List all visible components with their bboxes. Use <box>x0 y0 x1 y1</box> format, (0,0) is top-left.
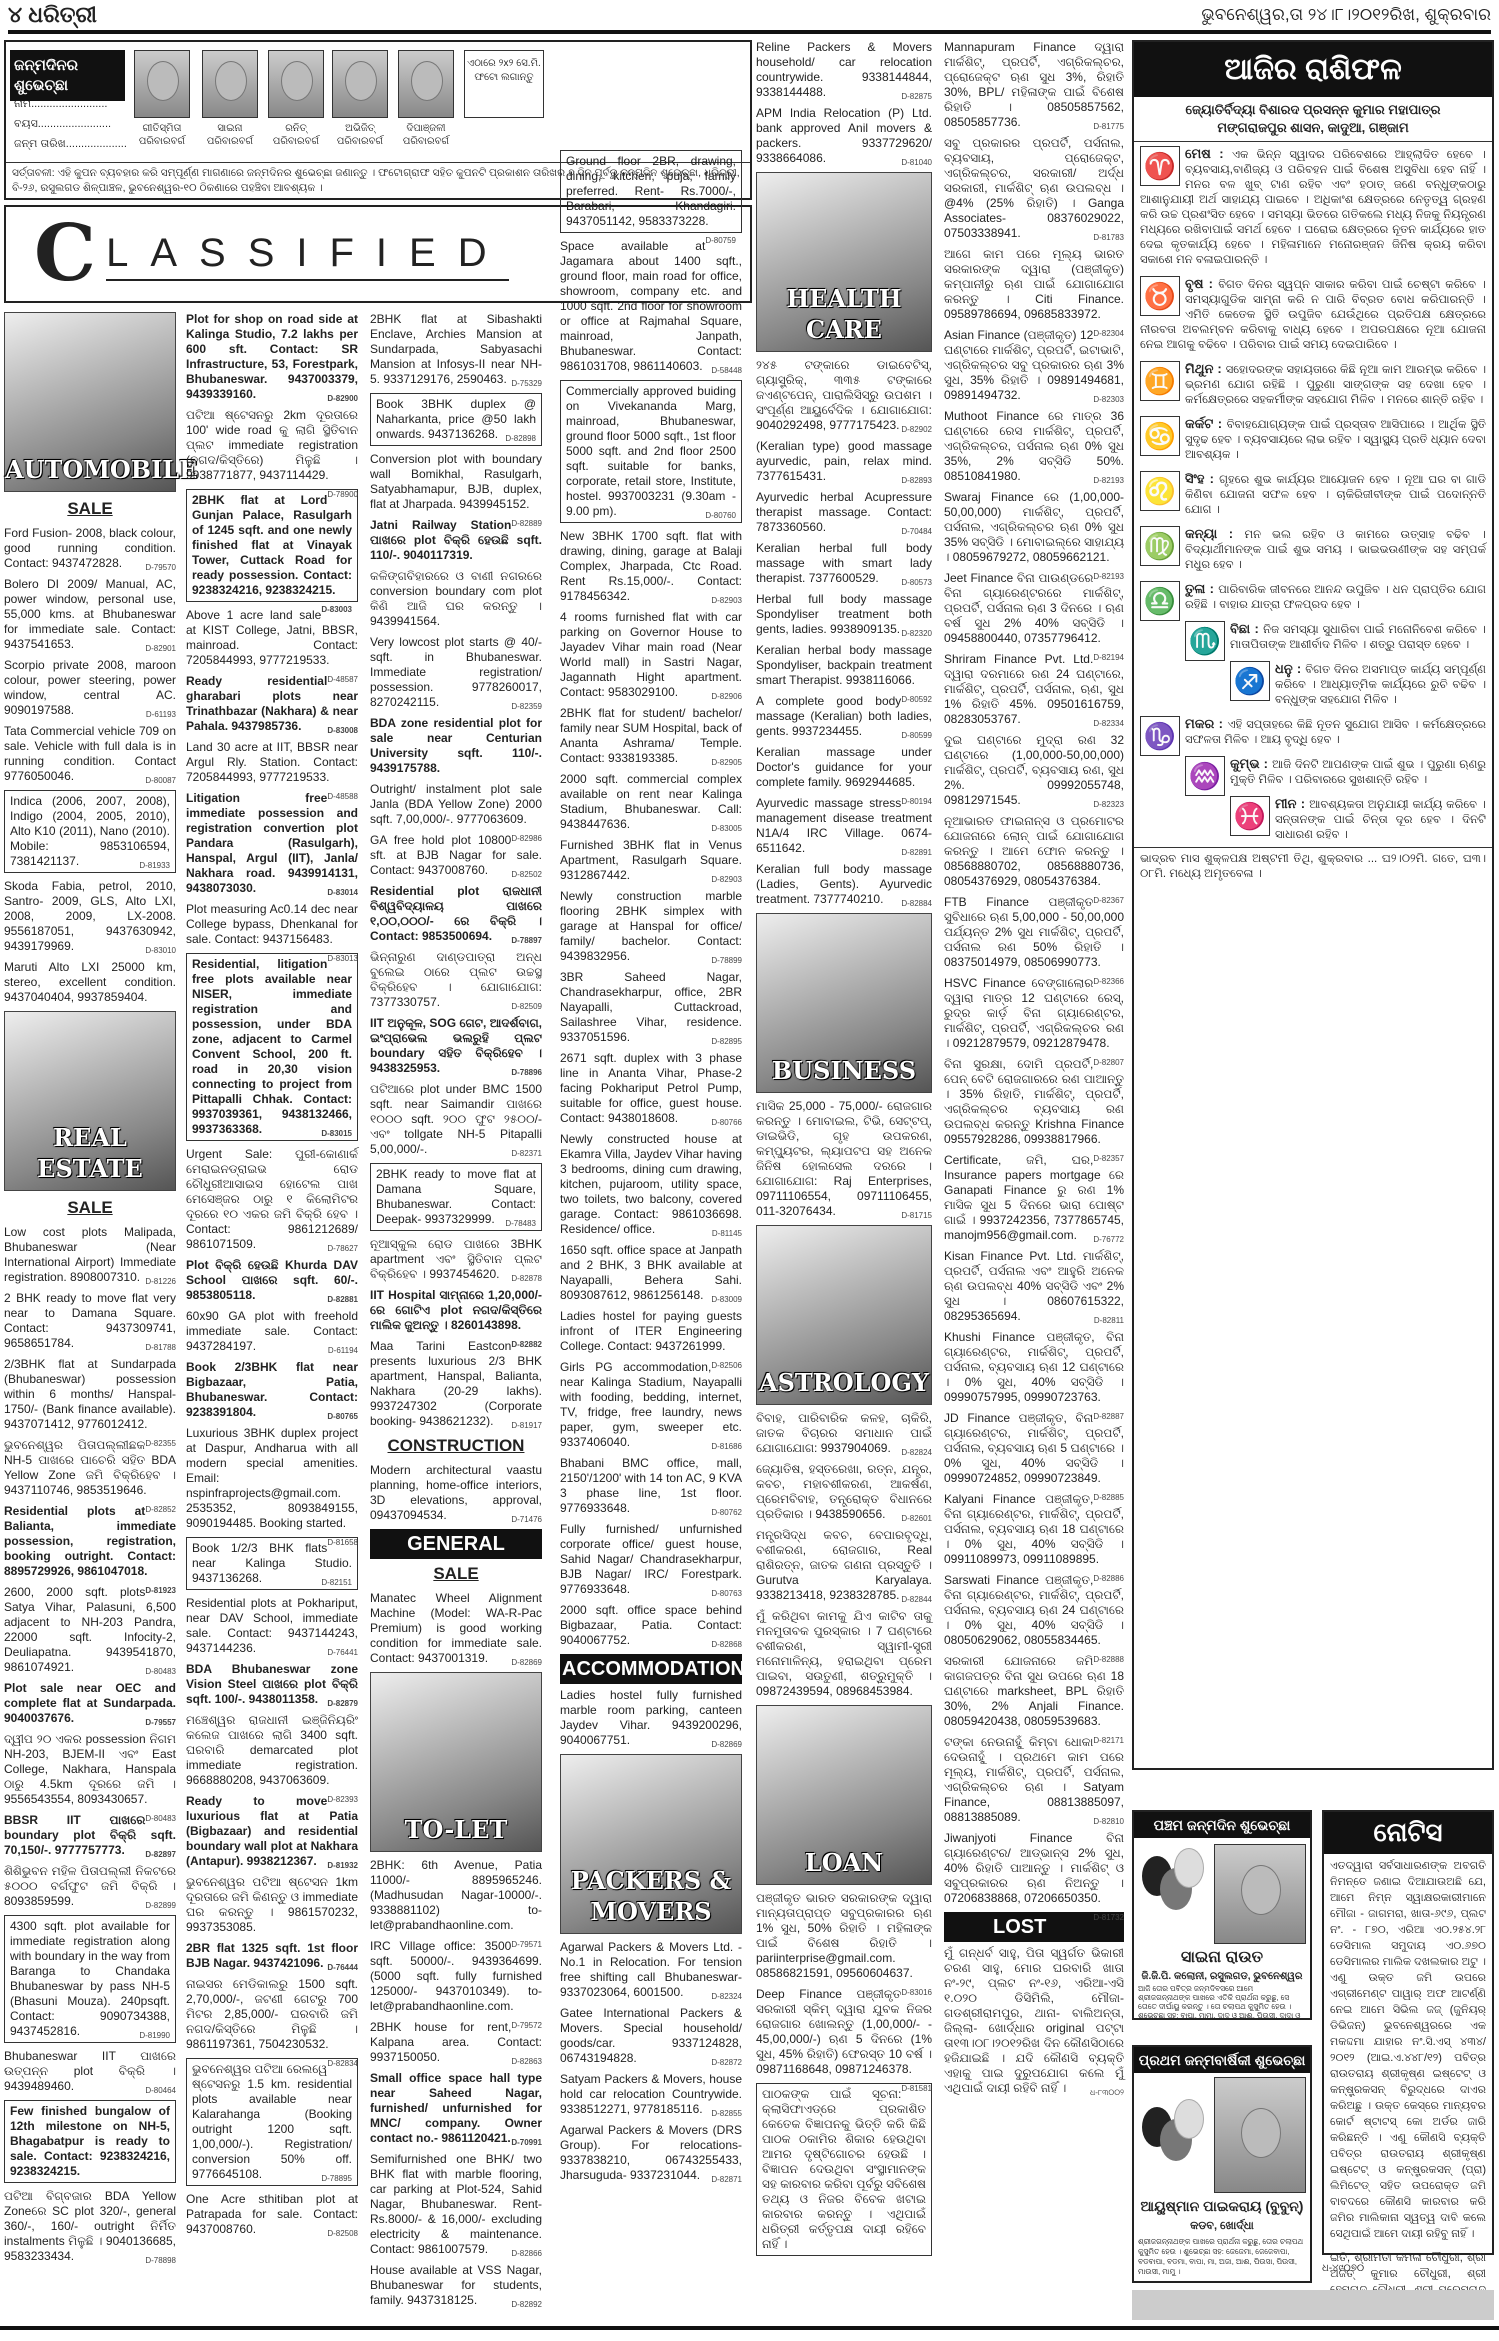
ad-code: D-75329 <box>511 376 542 391</box>
classified-ad: Very lowcost plot starts @ 40/- sqft. in… <box>370 635 542 710</box>
ad-text: Deep Finance ପଞ୍ଜୀକୃତ ସରକାରୀ ସ୍କିମ୍ ଦ୍ୱା… <box>756 1987 932 2076</box>
zodiac-icon: ♐ <box>1230 661 1270 701</box>
greeting-title: ପଞ୍ଚମ ଜନ୍ମଦିନ ଶୁଭେଚ୍ଛା <box>1134 1812 1310 1838</box>
ad-text: ଦ୍ୱୀପ ୨୦ ଏକର possession ନିଗମ NH-203, BJE… <box>4 1732 176 1806</box>
classified-ad: ଆଗେ କାମ ପରେ ମୂଲ୍ୟ ଭାରତ ସରକାରଙ୍କ ଦ୍ୱାରା (… <box>944 247 1124 322</box>
zodiac-icon: ♈ <box>1140 146 1180 186</box>
ad-code: D-82355 <box>145 1436 176 1451</box>
zodiac-icon: ♎ <box>1140 581 1180 621</box>
ad-code: D-82866 <box>511 2246 542 2261</box>
classified-ad: Plot for shop on road side at Kalinga St… <box>186 312 358 402</box>
ad-code: D-82810 <box>1093 1814 1124 1829</box>
classified-ad: ଜ୍ୟୋତିଷ, ହସ୍ତରେଖା, ରତ୍ନ, ଯନ୍ତ୍ର, କବଚ, ମହ… <box>756 1462 932 1522</box>
zodiac-icon: ♌ <box>1140 471 1180 511</box>
classified-ad: New 3BHK 1700 sqft. flat with drawing, d… <box>560 529 742 604</box>
ad-text: ପଞ୍ଜୀକୃତ ଭାରତ ସରକାରଙ୍କ ଦ୍ୱାରା ମାନ୍ୟତାପ୍ର… <box>756 1891 932 1980</box>
ad-text: 2BHK: 6th Avenue, Patia 11000/- 88959652… <box>370 1858 542 1932</box>
classified-ad: Girls PG accommodation, near Kalinga Sta… <box>560 1360 742 1450</box>
classified-ad: IIT Hospital ସାମ୍ନାରେ 1,20,000/- ରେ ଗୋଟି… <box>370 1288 542 1333</box>
zodiac-text: ନିଜ ସମସ୍ୟା ସୁଧାରିବା ପାଇଁ ମନୋନିବେଶ କରିବେ … <box>1230 624 1486 651</box>
classified-ad: 2BHK flat for student/ bachelor/ family … <box>560 706 742 766</box>
ad-code: D-83009 <box>711 1292 742 1307</box>
ad-text: Litigation free immediate possession and… <box>186 791 358 895</box>
classified-ad: 2600, 2000 sqft. plots Satya Vihar, Pala… <box>4 1585 176 1675</box>
zodiac-name: କନ୍ୟା <box>1185 526 1217 541</box>
ad-text: 2671 sqft. duplex with 3 phase line in A… <box>560 1051 742 1125</box>
ad-code: D-82824 <box>901 1445 932 1460</box>
zodiac-name: ତୁଳା <box>1185 581 1205 596</box>
classified-ad: ନୂଆସ୍କୁଲ ରୋଡ ପାଖରେ 3BHK apartment ଏବଂ ସ୍… <box>370 1237 542 1282</box>
zodiac-icon: ♏ <box>1185 621 1225 661</box>
zodiac-icon: ♓ <box>1230 796 1270 836</box>
ad-text: 2BHK flat at Lord Gunjan Palace, Rasulga… <box>192 493 352 597</box>
ad-text: Girls PG accommodation, near Kalinga Sta… <box>560 1360 742 1449</box>
ad-text: ମଞ୍ଚେଶ୍ୱର ରାଜଧାନୀ ଇଞ୍ଜିନିୟରିଂ କଲେଜ ପାଖରେ… <box>186 1713 358 1787</box>
classified-ad: Agarwal Packers & Movers (DRS Group). Fo… <box>560 2123 742 2183</box>
ad-code: D-82393 <box>327 1792 358 1807</box>
ad-code: D-81783 <box>1093 230 1124 245</box>
child-address: କଡବ, ଖୋର୍ଦ୍ଧା <box>1134 2219 1310 2233</box>
ad-code: D-82897 <box>145 1847 176 1862</box>
ad-text: ମନ୍ତ୍ରସିଦ୍ଧ କବଚ, ବେପାରବୃଦ୍ଧି, ବଶୀକରଣ, ରୋ… <box>756 1528 932 1602</box>
classified-ad: ବିନା ସୁରକ୍ଷା, ଦୋମି ପ୍ରପର୍ଟି, ପେନ୍ ବେଟି ର… <box>944 1057 1124 1147</box>
classified-ad: Plot ବିକ୍ରି ହେଉଛି Khurda DAV School ପାଖର… <box>186 1258 358 1303</box>
ad-text: ଆଗେ କାମ ପରେ ମୂଲ୍ୟ ଭାରତ ସରକାରଙ୍କ ଦ୍ୱାରା (… <box>944 247 1124 321</box>
ad-text: New 3BHK 1700 sqft. flat with drawing, d… <box>560 529 742 603</box>
zodiac-text: ଗୃହରେ ଶୁଭ କାର୍ଯ୍ୟର ଆୟୋଜନ ହେବ । ନୂଆ ଘର ବା… <box>1185 474 1486 516</box>
classified-ad: 2000 sqft. commercial complex available … <box>560 772 742 832</box>
classified-ad: କଳିଙ୍ଗବିହାରରେ ଓ ବାଣୀ ନଗରରେ conversion bo… <box>370 569 542 629</box>
classified-ad: ପଞ୍ଜୀକୃତ ଭାରତ ସରକାରଙ୍କ ଦ୍ୱାରା ମାନ୍ୟତାପ୍ର… <box>756 1891 932 1981</box>
ad-text: Fully furnished/ unfurnished corporate o… <box>560 1522 742 1596</box>
ad-code: D-80760 <box>705 508 736 523</box>
ad-code: D-58448 <box>711 363 742 378</box>
ad-code: D-71476 <box>511 1512 542 1527</box>
greeting-message: ଶ୍ରୀଜଗନ୍ନାଥଙ୍କ ପାଖରେ ପ୍ରାର୍ଥନା କରୁଛୁ, ତୋ… <box>1138 2237 1306 2281</box>
ad-text: Plot for shop on road side at Kalinga St… <box>186 312 358 401</box>
classified-ad: Maa Tarini Eastcon presents luxurious 2/… <box>370 1339 542 1429</box>
ad-code: D-61193 <box>146 707 176 722</box>
ad-code: D-82844 <box>901 1592 932 1607</box>
classified-ad: Keralian full body massage (Ladies, Gent… <box>756 862 932 907</box>
child-photo <box>332 50 388 118</box>
ad-code: D-80483 <box>145 1811 176 1826</box>
classified-ad: APM India Relocation (P) Ltd. bank appro… <box>756 106 932 166</box>
ad-code: D-82884 <box>901 896 932 911</box>
classified-ad: ନାଇସର ମେଡିକାଲରୁ 1500 sqft. 2,70,000/-, ଜ… <box>186 1977 358 2052</box>
classified-ad: (Keralian type) good massage ayurvedic, … <box>756 439 932 484</box>
section-subhead: CONSTRUCTION <box>370 1435 542 1457</box>
classified-ad: Newly construction marble flooring 2BHK … <box>560 889 742 964</box>
ad-text: Newly construction marble flooring 2BHK … <box>560 889 742 963</box>
horoscope-author: ଜ୍ୟୋତିର୍ବିଦ୍ୟା ବିଶାରଦ ପ୍ରସନ୍ନ କୁମାର ମହାପ… <box>1134 97 1492 142</box>
ad-text: Land 30 acre at IIT, BBSR near Argul Rly… <box>186 740 358 784</box>
classified-ad: Scorpio private 2008, maroon colour, pow… <box>4 658 176 718</box>
classified-ad: Ford Fusion- 2008, black colour, good ru… <box>4 526 176 571</box>
classified-ad: Space available at Jagamara about 1400 s… <box>560 239 742 374</box>
ad-code: D-82367 <box>1093 893 1124 908</box>
dateline: ଭୁବନେଶ୍ୱର,ତା ୨୪।୮।୨୦୧୨ରିଖ, ଶୁକ୍ରବାର <box>1201 4 1491 26</box>
lost-notice: ମୁଁ ଗନ୍ଧର୍ବ ସାହୁ, ପିତା ସ୍ୱର୍ଗତ ଭିକାରୀ ଚର… <box>944 1946 1124 2096</box>
classified-ad: 2 BHK ready to move flat very near to Da… <box>4 1291 176 1351</box>
classified-ad: ପଟିଆରେ plot under BMC 1500 sqft. near Sa… <box>370 1082 542 1157</box>
ad-code: D-83014 <box>327 885 358 900</box>
classified-ad: ମାସିକ 25,000 - 75,000/- ରୋଜଗାର କରନ୍ତୁ । … <box>756 1099 932 1219</box>
classified-ad: Urgent Sale: ପୁରୀ-କୋଣାର୍କ ମେରାଇନଡ୍ରାଇଭ ର… <box>186 1147 358 1252</box>
photo-caption: ଦିପାଞ୍ଜଳୀପରିବାରବର୍ଗ <box>386 122 466 148</box>
classified-ad: Few finished bungalow of 12th milestone … <box>4 2100 176 2183</box>
ad-code: D-82893 <box>901 473 932 488</box>
ad-code: D-78627 <box>327 1241 358 1256</box>
classified-ad: Indica (2006, 2007, 2008), Indigo (2004,… <box>4 790 176 873</box>
classified-ad: Khushi Finance ପଞ୍ଜୀକୃତ, ବିନା ଗ୍ୟାରେଣ୍ଟର… <box>944 1330 1124 1405</box>
notice-body: ଏତଦ୍ୱାରା ସର୍ବସାଧାରଣଙ୍କ ଅବଗତି ନିମନ୍ତେ ଜଣା… <box>1324 1854 1492 2246</box>
photo-placeholder: ଏଠାରେ ୨x୨ ସେ.ମି. ଫଟୋ ଲଗାନ୍ତୁ <box>464 50 544 118</box>
ad-text: ଦୁଇ ଘଣ୍ଟାରେ ମୁଦ୍ରା ରଣ 32 ଘଣ୍ଟାରେ (1,00,0… <box>944 733 1124 807</box>
ad-code: D-82151 <box>321 1575 352 1590</box>
ad-code: D-82887 <box>1093 1409 1124 1424</box>
ad-code: D-81990 <box>139 2028 170 2043</box>
classified-ad: Deep Finance ପଞ୍ଜୀକୃତ ସରକାରୀ ସ୍କିମ୍ ଦ୍ୱା… <box>756 1987 932 2077</box>
real-estate-image: REAL ESTATE <box>4 1011 176 1191</box>
classified-ad: 60x90 GA plot with freehold immediate sa… <box>186 1309 358 1354</box>
classified-ad: Swaraj Finance ରେ (1,00,000- 50,00,000) … <box>944 490 1124 565</box>
ad-text: Bolero DI 2009/ Manual, AC, power window… <box>4 577 176 651</box>
ad-code: D-80765 <box>327 1409 358 1424</box>
classified-ad: 2BHK flat at Sibashakti Enclave, Archies… <box>370 312 542 387</box>
ad-text: 4 rooms furnished flat with car parking … <box>560 610 742 699</box>
page-label: ୪ ଧରିତ୍ରୀ <box>8 1 97 30</box>
ad-code: D-81917 <box>511 1418 542 1433</box>
ad-text: ଭୁବନେଶ୍ୱର ପଟିଆ ଷ୍ଟେସନ 1km ଦୂରତାରେ ଜମି କି… <box>186 1875 358 1934</box>
ad-code: D-83016 <box>901 1985 932 2000</box>
classified-ad: Book 2/3BHK flat near Bigbazaar, Patia, … <box>186 1360 358 1420</box>
classified-ad: BDA zone residential plot for sale near … <box>370 716 542 776</box>
child-photo <box>202 50 258 118</box>
ad-text: 4300 sqft. plot available for immediate … <box>10 1919 170 2038</box>
ad-text: Conversion plot with boundary wall Bomik… <box>370 452 542 511</box>
classified-ad: Conversion plot with boundary wall Bomik… <box>370 452 542 512</box>
ad-code: D-83003 <box>321 602 352 617</box>
ad-text: Semifurnished one BHK/ two BHK flat with… <box>370 2152 542 2256</box>
ad-text: Kisan Finance Pvt. Ltd. ମାର୍କଶିଟ୍, ପ୍ରପର… <box>944 1249 1124 1323</box>
classified-ad: House available at VSS Nagar, Bhubaneswa… <box>370 2263 542 2308</box>
ad-text: କଳିଙ୍ଗବିହାରରେ ଓ ବାଣୀ ନଗରରେ conversion bo… <box>370 569 542 628</box>
ad-code: D-78895 <box>321 2171 352 2186</box>
ad-code: D-82811 <box>1094 1313 1124 1328</box>
ad-code: D-83005 <box>711 821 742 836</box>
zodiac-text: ଏହି ସପ୍ତାହରେ କିଛି ନୂତନ ସୁଯୋଗ ଆସିବ । କର୍ମ… <box>1185 719 1486 746</box>
column-realestate-3: 2BHK flat at Sibashakti Enclave, Archies… <box>370 312 542 2314</box>
ad-code: D-76444 <box>327 1960 358 1975</box>
zodiac-list: ♈ମେଷ : ଏକ ଭିନ୍ନ ସ୍ୱାଦର ପରିବେଶରେ ଆହ୍ଲାଦିତ… <box>1134 142 1492 847</box>
child-photo <box>268 50 324 118</box>
ad-code: D-81686 <box>711 1439 742 1454</box>
classified-ad: Plot measuring Ac0.14 dec near College b… <box>186 902 358 947</box>
classified-ad: 1650 sqft. office space at Janpath and 2… <box>560 1243 742 1303</box>
ad-text: 2BHK flat at Sibashakti Enclave, Archies… <box>370 312 542 386</box>
ad-code: D-82366 <box>1093 974 1124 989</box>
ad-code: D-82872 <box>711 2055 742 2070</box>
greeting-message: ଆଜି ତୋର ପବିତ୍ର ଜନ୍ମଦିବସରେ ଆମେ ଶ୍ରୀଜଗନ୍ନା… <box>1138 1984 1306 2018</box>
classified-ad: Luxurious 3BHK duplex project at Daspur,… <box>186 1426 358 1531</box>
astrology-image: ASTROLOGY <box>756 1225 932 1405</box>
classified-ad: Bolero DI 2009/ Manual, AC, power window… <box>4 577 176 652</box>
classified-ad: Above 1 acre land sale at KIST College, … <box>186 608 358 668</box>
ad-text: Keralian massage under Doctor's guidance… <box>756 745 932 789</box>
ad-code: D-70484 <box>901 524 932 539</box>
ad-text: ପଟିଆ ବିଗ୍‌ବଜାର BDA Yellow Zoneରେ SC plot… <box>4 2189 176 2263</box>
notice-title: ନୋଟିସ <box>1324 1812 1492 1854</box>
classified-ad: Plot sale near OEC and complete flat at … <box>4 1681 176 1726</box>
classified-ad: Kisan Finance Pvt. Ltd. ମାର୍କଶିଟ୍, ପ୍ରପର… <box>944 1249 1124 1324</box>
ad-code: D-81932 <box>327 1858 358 1873</box>
ad-code: D-83013 <box>327 951 358 966</box>
page-header: ୪ ଧରିତ୍ରୀ ଭୁବନେଶ୍ୱର,ତା ୨୪।୮।୨୦୧୨ରିଖ, ଶୁକ… <box>8 0 1491 34</box>
ad-code: D-82324 <box>711 1989 742 2004</box>
fifth-birthday-greeting: ପଞ୍ଚମ ଜନ୍ମଦିନ ଶୁଭେଚ୍ଛା ସାଇନା ରାଉତ ଜି.ଜି.… <box>1132 1810 1312 2020</box>
ad-code: D-82900 <box>327 391 358 406</box>
ad-text: Jiwanjyoti Finance ବିନା ଗ୍ୟାରେଣ୍ଟର/ ଆଡ୍‌… <box>944 1831 1124 1905</box>
ad-code: D-81732 <box>1093 1910 1124 1925</box>
ad-code: D-82868 <box>711 1637 742 1652</box>
classified-ad: Maruti Alto LXI 25000 km, stereo, excell… <box>4 960 176 1005</box>
zodiac-sign: ♊ମିଥୁନ : ସହୋଦରଙ୍କ ସହାୟତାରେ କିଛି ନୂଆ କାମ … <box>1134 357 1492 412</box>
classified-ad: Residential plot ରାଜଧାନୀ ବିଶ୍ୱବିଦ୍ୟାଳୟ ପ… <box>370 884 542 944</box>
ad-code: D-82807 <box>1093 1055 1124 1070</box>
ad-code: D-82334 <box>1093 716 1124 731</box>
child-photo <box>398 50 454 118</box>
classified-ad: Bhubaneswar IIT ପାଖରେ ଉତ୍ପନ୍ନ plot ବିକ୍ର… <box>4 2049 176 2094</box>
classified-ad: ସବୁ ପ୍ରକାରର ପ୍ରପର୍ଟି, ପର୍ସନାଲ, ବ୍ୟବସାୟ, … <box>944 136 1124 241</box>
ad-code: D-78483 <box>505 1216 536 1231</box>
ad-code: D-79557 <box>145 1715 176 1730</box>
classified-ad: Ayurvedic herbal Acupressure therapist m… <box>756 490 932 535</box>
legal-notice: ନୋଟିସ ଏତଦ୍ୱାରା ସର୍ବସାଧାରଣଙ୍କ ଅବଗତି ନିମନ୍… <box>1322 1810 1494 2255</box>
business-image: BUSINESS <box>756 913 932 1093</box>
classified-ad: 2BHK ready to move flat at Damana Square… <box>370 1163 542 1231</box>
classified-ad: Gatee International Packers & Movers. Sp… <box>560 2006 742 2066</box>
ad-code: D-83015 <box>321 1126 352 1141</box>
ad-code: D-80194 <box>901 794 932 809</box>
child-photo <box>1214 2077 1306 2193</box>
zodiac-name: କର୍କଟ <box>1185 416 1213 431</box>
section-subhead: SALE <box>370 1563 542 1585</box>
column-finance: Mannapuram Finance ଦ୍ୱାରା ମାର୍କଶିଟ୍, ପ୍ର… <box>944 40 1124 2102</box>
classified-ad: Herbal full body massage Spondyliser tre… <box>756 592 932 637</box>
ad-code: D-80759 <box>705 233 736 248</box>
ad-text: 2/3BHK flat at Sundarpada (Bhubaneswar) … <box>4 1357 176 1431</box>
ad-text: Keralian herbal body massage Spondyliser… <box>756 643 932 687</box>
child-name: ଆୟୁଷ୍ମାନ ପାଇକରାୟ (ବୁବୁନ୍) <box>1134 2197 1310 2215</box>
ad-code: D-82502 <box>511 867 542 882</box>
ad-text: Plot measuring Ac0.14 dec near College b… <box>186 902 358 946</box>
section-subhead: SALE <box>4 1197 176 1219</box>
ad-code: D-82898 <box>505 431 536 446</box>
ad-code: D-82895 <box>711 1034 742 1049</box>
classified-ad: Keralian herbal full body massage with s… <box>756 541 932 586</box>
classified-ad: BDA Bhubaneswar zone Vision Steel ପାଖରେ … <box>186 1662 358 1707</box>
ad-code: D-80483 <box>145 1664 176 1679</box>
zodiac-sign: ♌ସିଂହ : ଗୃହରେ ଶୁଭ କାର୍ଯ୍ୟର ଆୟୋଜନ ହେବ । ନ… <box>1134 467 1492 522</box>
ad-code: D-76772 <box>1093 1232 1124 1247</box>
zodiac-text: ବିଗତ ଦିନର ଅସମାପ୍ତ କାର୍ଯ୍ୟ ସମ୍ପୂର୍ଣ୍ଣ କରି… <box>1275 664 1486 706</box>
banner-text: LASSIFIED <box>106 227 509 281</box>
classified-ad: Newly constructed house at Ekamra Villa,… <box>560 1132 742 1237</box>
horoscope-panel: ଆଜିର ରାଶିଫଳ ଜ୍ୟୋତିର୍ବିଦ୍ୟା ବିଶାରଦ ପ୍ରସନ୍… <box>1132 40 1494 1770</box>
classified-ad: Skoda Fabia, petrol, 2010, Santro- 2009,… <box>4 879 176 954</box>
ad-text: ମାସିକ 25,000 - 75,000/- ରୋଜଗାର କରନ୍ତୁ । … <box>756 1099 932 1218</box>
ad-code: D-82902 <box>901 422 932 437</box>
zodiac-name: କୁମ୍ଭ <box>1230 756 1260 771</box>
ad-code: D-82506 <box>711 1358 742 1373</box>
ad-code: D-78897 <box>511 933 542 948</box>
classified-ad: Agarwal Packers & Movers Ltd. - No.1 in … <box>560 1940 742 2000</box>
classified-ad: ଭିନ୍ନାରୁଣ ଦାଣ୍ଡପାତ୍ରା ଅନ୍ଧ ବୁଲେଇ ଠାରେ ପ୍… <box>370 950 542 1010</box>
classified-ad: Reline Packers & Movers household/ car r… <box>756 40 932 100</box>
zodiac-sign: ♒କୁମ୍ଭ : ଆଜି ଦିନଟି ଆପଣଙ୍କ ପାଇଁ ଶୁଭ । ପୁର… <box>1134 752 1492 792</box>
balloon-icon <box>1174 2099 1204 2139</box>
classified-ad: 4300 sqft. plot available for immediate … <box>4 1915 176 2043</box>
child-name: ସାଇନା ରାଉତ <box>1134 1948 1310 1969</box>
classified-ad: ପଟିଆ ଷ୍ଟେସନରୁ 2km ଦୂରତାରେ 100' wide road… <box>186 408 358 483</box>
ad-text: Maruti Alto LXI 25000 km, stereo, excell… <box>4 960 176 1004</box>
classified-ad: Residential plots at Pokhariput, near DA… <box>186 1596 358 1656</box>
classified-ad: 2/3BHK flat at Sundarpada (Bhubaneswar) … <box>4 1357 176 1432</box>
name-field: ନାମ......................... <box>14 94 127 114</box>
ad-text: Ground floor 2BR, drawing, dining, kitch… <box>566 154 736 228</box>
classified-ad: Tata Commercial vehicle 709 on sale. Veh… <box>4 724 176 784</box>
ad-text: ଟଙ୍କା ନେଉନାହୁଁ କିମ୍ବା ଧୋକା ଦେଉନାହୁଁ । ପ୍… <box>944 1735 1124 1824</box>
ad-text: Space available at Jagamara about 1400 s… <box>560 239 742 373</box>
ad-text: Ladies hostel for paying guests infront … <box>560 1309 742 1353</box>
ad-code: D-82903 <box>711 593 742 608</box>
ad-code: D-82899 <box>145 1898 176 1913</box>
zodiac-sign: ♉ବୃଷ : ବିଗତ ଦିନର ସ୍ୱପ୍ନ ସାକାର କରିବା ପାଇଁ… <box>1134 272 1492 357</box>
ad-code: D-80763 <box>711 1586 742 1601</box>
classified-ad: 3BR Saheed Nagar, Chandrasekharpur, offi… <box>560 970 742 1045</box>
classified-ad: ନୂଆଭାରତ ଫାଇନାନ୍ସ ଓ ପ୍ରମୋଟର ଯୋଜନାରେ ଲୋନ୍ … <box>944 814 1124 889</box>
ad-code: D-82901 <box>145 641 176 656</box>
classified-ad: Low cost plots Malipada, Bhubaneswar (Ne… <box>4 1225 176 1285</box>
balloon-icon <box>1174 1848 1204 1888</box>
automobile-image: AUTOMOBILE <box>4 312 176 492</box>
ad-code: D-81715 <box>901 1208 932 1223</box>
zodiac-icon: ♉ <box>1140 276 1180 316</box>
coupon-fields: ନାମ......................... ବୟସ........… <box>14 94 127 154</box>
classified-ad: Jiwanjyoti Finance ବିନା ଗ୍ୟାରେଣ୍ଟର/ ଆଡ୍‌… <box>944 1831 1124 1906</box>
ad-code: D-82863 <box>511 2054 542 2069</box>
classified-ad: Ladies hostel for paying guests infront … <box>560 1309 742 1354</box>
ad-code: D-78898 <box>145 2253 176 2268</box>
ad-code: D-82881 <box>327 1292 358 1307</box>
column-automobile-realestate: AUTOMOBILE SALE Ford Fusion- 2008, black… <box>4 312 176 2270</box>
packers-movers-image: PACKERS & MOVERS <box>560 1754 742 1934</box>
zodiac-sign: ♏ବିଛା : ନିଜ ସମସ୍ୟା ସୁଧାରିବା ପାଇଁ ମନୋନିବେ… <box>1134 617 1492 657</box>
ad-code: D-76441 <box>327 1645 358 1660</box>
classified-ad: ଦୁଇ ଘଣ୍ଟାରେ ମୁଦ୍ରା ରଣ 32 ଘଣ୍ଟାରେ (1,00,0… <box>944 733 1124 808</box>
first-birthday-greeting: ପ୍ରଥମ ଜନ୍ମବାର୍ଷିକୀ ଶୁଭେଚ୍ଛା ଆୟୁଷ୍ମାନ ପାଇ… <box>1132 2045 1312 2283</box>
ad-code: D-80592 <box>901 692 932 707</box>
zodiac-text: ସହୋଦରଙ୍କ ସହାୟତାରେ କିଛି ନୂଆ କାମ ଆରମ୍ଭ କରି… <box>1185 364 1486 406</box>
ad-code: D-82323 <box>1093 797 1124 812</box>
column-realestate-2: Plot for shop on road side at Kalinga St… <box>186 312 358 2243</box>
ad-code: D-78896 <box>511 1065 542 1080</box>
classified-ad: Ground floor 2BR, drawing, dining, kitch… <box>560 150 742 233</box>
ad-code: D-82889 <box>511 516 542 531</box>
classified-ad: 4 rooms furnished flat with car parking … <box>560 610 742 700</box>
ad-code: D-80599 <box>901 728 932 743</box>
classified-ad: Outright/ instalment plot sale Janla (BD… <box>370 782 542 827</box>
general-header: GENERAL <box>370 1529 542 1559</box>
greeting-title: ପ୍ରଥମ ଜନ୍ମବାର୍ଷିକୀ ଶୁଭେଚ୍ଛା <box>1134 2047 1310 2073</box>
ad-text: Skoda Fabia, petrol, 2010, Santro- 2009,… <box>4 879 176 953</box>
zodiac-icon: ♍ <box>1140 526 1180 566</box>
zodiac-icon: ♊ <box>1140 361 1180 401</box>
ad-code: D-81226 <box>145 1274 176 1289</box>
ad-text: Muthoot Finance ରେ ମାତ୍ର 36 ଘଣ୍ଟାରେ ରେସ … <box>944 409 1124 483</box>
zodiac-sign: ♐ଧନୁ : ବିଗତ ଦିନର ଅସମାପ୍ତ କାର୍ଯ୍ୟ ସମ୍ପୂର୍… <box>1134 657 1492 712</box>
classified-ad: ଟଙ୍କା ନେଉନାହୁଁ କିମ୍ବା ଧୋକା ଦେଉନାହୁଁ । ପ୍… <box>944 1735 1124 1825</box>
ad-code: D-82320 <box>901 626 932 641</box>
child-photo <box>134 50 190 118</box>
ad-text: ପଟିଆରେ plot under BMC 1500 sqft. near Sa… <box>370 1082 542 1156</box>
ad-text: 3BR Saheed Nagar, Chandrasekharpur, offi… <box>560 970 742 1044</box>
classified-ad: ମନ୍ତ୍ରସିଦ୍ଧ କବଚ, ବେପାରବୃଦ୍ଧି, ବଶୀକରଣ, ରୋ… <box>756 1528 932 1603</box>
ad-text: ୨୪୫ ଟଙ୍କାରେ ଡାଇବେଟିସ୍, ଗ୍ୟାସ୍ଟ୍ରିକ୍, ୩୩୫… <box>756 358 932 432</box>
ad-code: D-82878 <box>511 1271 542 1286</box>
classified-ad: ମୁଁ କରିଥିବା କାମକୁ ଯିଏ କାଟିବ ତାକୁ ମନମୁତାବ… <box>756 1609 932 1699</box>
classified-ad: ପଟିଆ ବିଗ୍‌ବଜାର BDA Yellow Zoneରେ SC plot… <box>4 2189 176 2264</box>
classified-ad: Bhabani BMC office, mall, 2150'/1200' wi… <box>560 1456 742 1516</box>
ad-text: ବିନା ସୁରକ୍ଷା, ଦୋମି ପ୍ରପର୍ଟି, ପେନ୍ ବେଟି ର… <box>944 1057 1124 1146</box>
footer-band <box>1132 2290 1494 2320</box>
classified-ad: ଶିଶିଭୁବନ ମହିଳ ପିତାପଲ୍ଲୀ ନିକଟରେ ୫୦୦୦ ବର୍ଗ… <box>4 1864 176 1909</box>
classified-ad: ଭୁବନେଶ୍ୱର ପଟିଆ ଷ୍ଟେସନ 1km ଦୂରତାରେ ଜମି କି… <box>186 1875 358 1935</box>
zodiac-name: ବୃଷ <box>1185 276 1203 291</box>
ad-code: D-82986 <box>511 831 542 846</box>
classified-ad: Fully furnished/ unfurnished corporate o… <box>560 1522 742 1597</box>
zodiac-sign: ♋କର୍କଟ : ବିବାହଯୋଗ୍ୟଙ୍କ ପାଇଁ ପ୍ରସ୍ତାବ ଆସି… <box>1134 412 1492 467</box>
classified-ad: Residential, litigation free plots avail… <box>186 953 358 1141</box>
column-health-business: Reline Packers & Movers household/ car r… <box>756 40 932 2262</box>
ad-code: D-81658 <box>327 1535 358 1550</box>
ad-code: D-82852 <box>145 1502 176 1517</box>
ad-code: D-81040 <box>901 155 932 170</box>
classified-ad: 2BHK flat at Lord Gunjan Palace, Rasulga… <box>186 489 358 602</box>
zodiac-sign: ♍କନ୍ୟା : ମନ ଭଲ ରହିବ ଓ କାମରେ ଉତ୍ସାହ ବଢିବ … <box>1134 522 1492 577</box>
ad-code: D-82869 <box>711 1737 742 1752</box>
ad-code: D-82193 <box>1093 569 1124 584</box>
ad-code: D-81923 <box>145 1583 176 1598</box>
ad-code: D-61194 <box>328 1343 358 1358</box>
zodiac-name: ମକର <box>1185 716 1214 731</box>
classified-ad: IIT ଅନୁକୂଳ, SOG ଗେଟ, ଆଦର୍ଶବାଗ, ଇଂପ୍ରାଭେଲ… <box>370 1016 542 1076</box>
ad-text: BDA zone residential plot for sale near … <box>370 716 542 775</box>
bottom-rule <box>0 2326 1499 2330</box>
column-rent: Ground floor 2BR, drawing, dining, kitch… <box>560 150 742 2189</box>
ad-code: D-82875 <box>901 89 932 104</box>
ad-code: D-82304 <box>1093 326 1124 341</box>
ad-code: D-78899 <box>711 953 742 968</box>
classified-ad: Keralian massage under Doctor's guidance… <box>756 745 932 790</box>
classified-ad: Ladies hostel fully furnished marble roo… <box>560 1688 742 1748</box>
classified-ad: Manatec Wheel Alignment Machine (Model: … <box>370 1591 542 1666</box>
ad-code: D-82601 <box>901 1511 932 1526</box>
ad-code: D-82888 <box>1093 1652 1124 1667</box>
zodiac-text: ପାରିବାରିକ ଜୀବନରେ ଆନନ୍ଦ ଉପୁଜିବ । ଧନ ପ୍ରାପ… <box>1185 584 1486 611</box>
ad-code: D-82371 <box>511 1146 542 1161</box>
